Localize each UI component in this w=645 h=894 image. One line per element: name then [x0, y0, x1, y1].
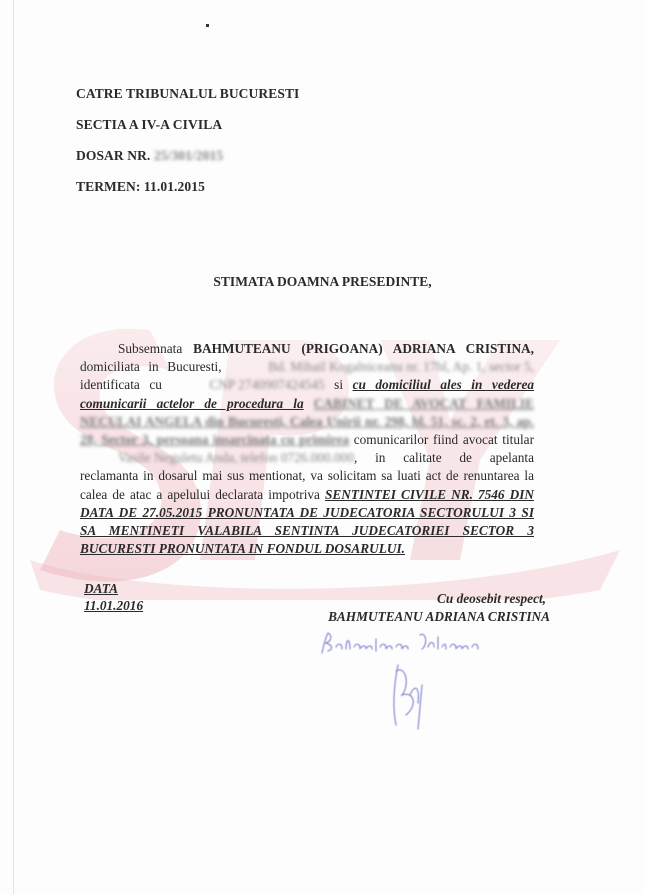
signatory-name: BAHMUTEANU ADRIANA CRISTINA	[300, 608, 550, 626]
file-number-label: DOSAR NR.	[76, 148, 150, 163]
address-redacted: Bd. Mihail Kogalniceanu nr. 17bl, Ap. 1,…	[230, 358, 534, 376]
file-number-line: DOSAR NR. 25/301/2015	[76, 146, 299, 177]
court-section: SECTIA A IV-A CIVILA	[76, 115, 299, 146]
domicile-text: domiciliata in Bucuresti,	[80, 359, 222, 374]
addressee-court: CATRE TRIBUNALUL BUCURESTI	[76, 84, 299, 115]
identified-text: identificata cu	[80, 377, 162, 392]
closing-regards: Cu deosebit respect,	[300, 590, 550, 608]
file-number-redacted: 25/301/2015	[154, 146, 223, 166]
scanned-document-page: CATRE TRIBUNALUL BUCURESTI SECTIA A IV-A…	[0, 0, 645, 894]
handwritten-signature	[310, 625, 550, 735]
date-value: 11.01.2016	[84, 597, 143, 614]
salutation: STIMATA DOAMNA PRESEDINTE,	[0, 274, 645, 290]
cnp-redacted: CNP 2740907424545	[171, 376, 324, 394]
and-text: si	[334, 377, 343, 392]
document-header: CATRE TRIBUNALUL BUCURESTI SECTIA A IV-A…	[76, 84, 299, 208]
request-body: Subsemnata BAHMUTEANU (PRIGOANA) ADRIANA…	[80, 340, 534, 558]
applicant-name: BAHMUTEANU (PRIGOANA) ADRIANA CRISTINA	[193, 341, 531, 356]
closing-block: Cu deosebit respect, BAHMUTEANU ADRIANA …	[300, 590, 550, 626]
date-block: DATA 11.01.2016	[84, 580, 143, 614]
scan-speck	[206, 24, 209, 27]
communications-text: comunicarilor fiind avocat titular	[354, 432, 534, 447]
lawyer-redacted: Vasile Neguletu Anda, telefon 0726.000.0…	[80, 449, 354, 467]
intro-word: Subsemnata	[118, 341, 182, 356]
hearing-term: TERMEN: 11.01.2015	[76, 177, 299, 208]
scan-edge-line	[13, 0, 14, 894]
date-label: DATA	[84, 580, 143, 597]
